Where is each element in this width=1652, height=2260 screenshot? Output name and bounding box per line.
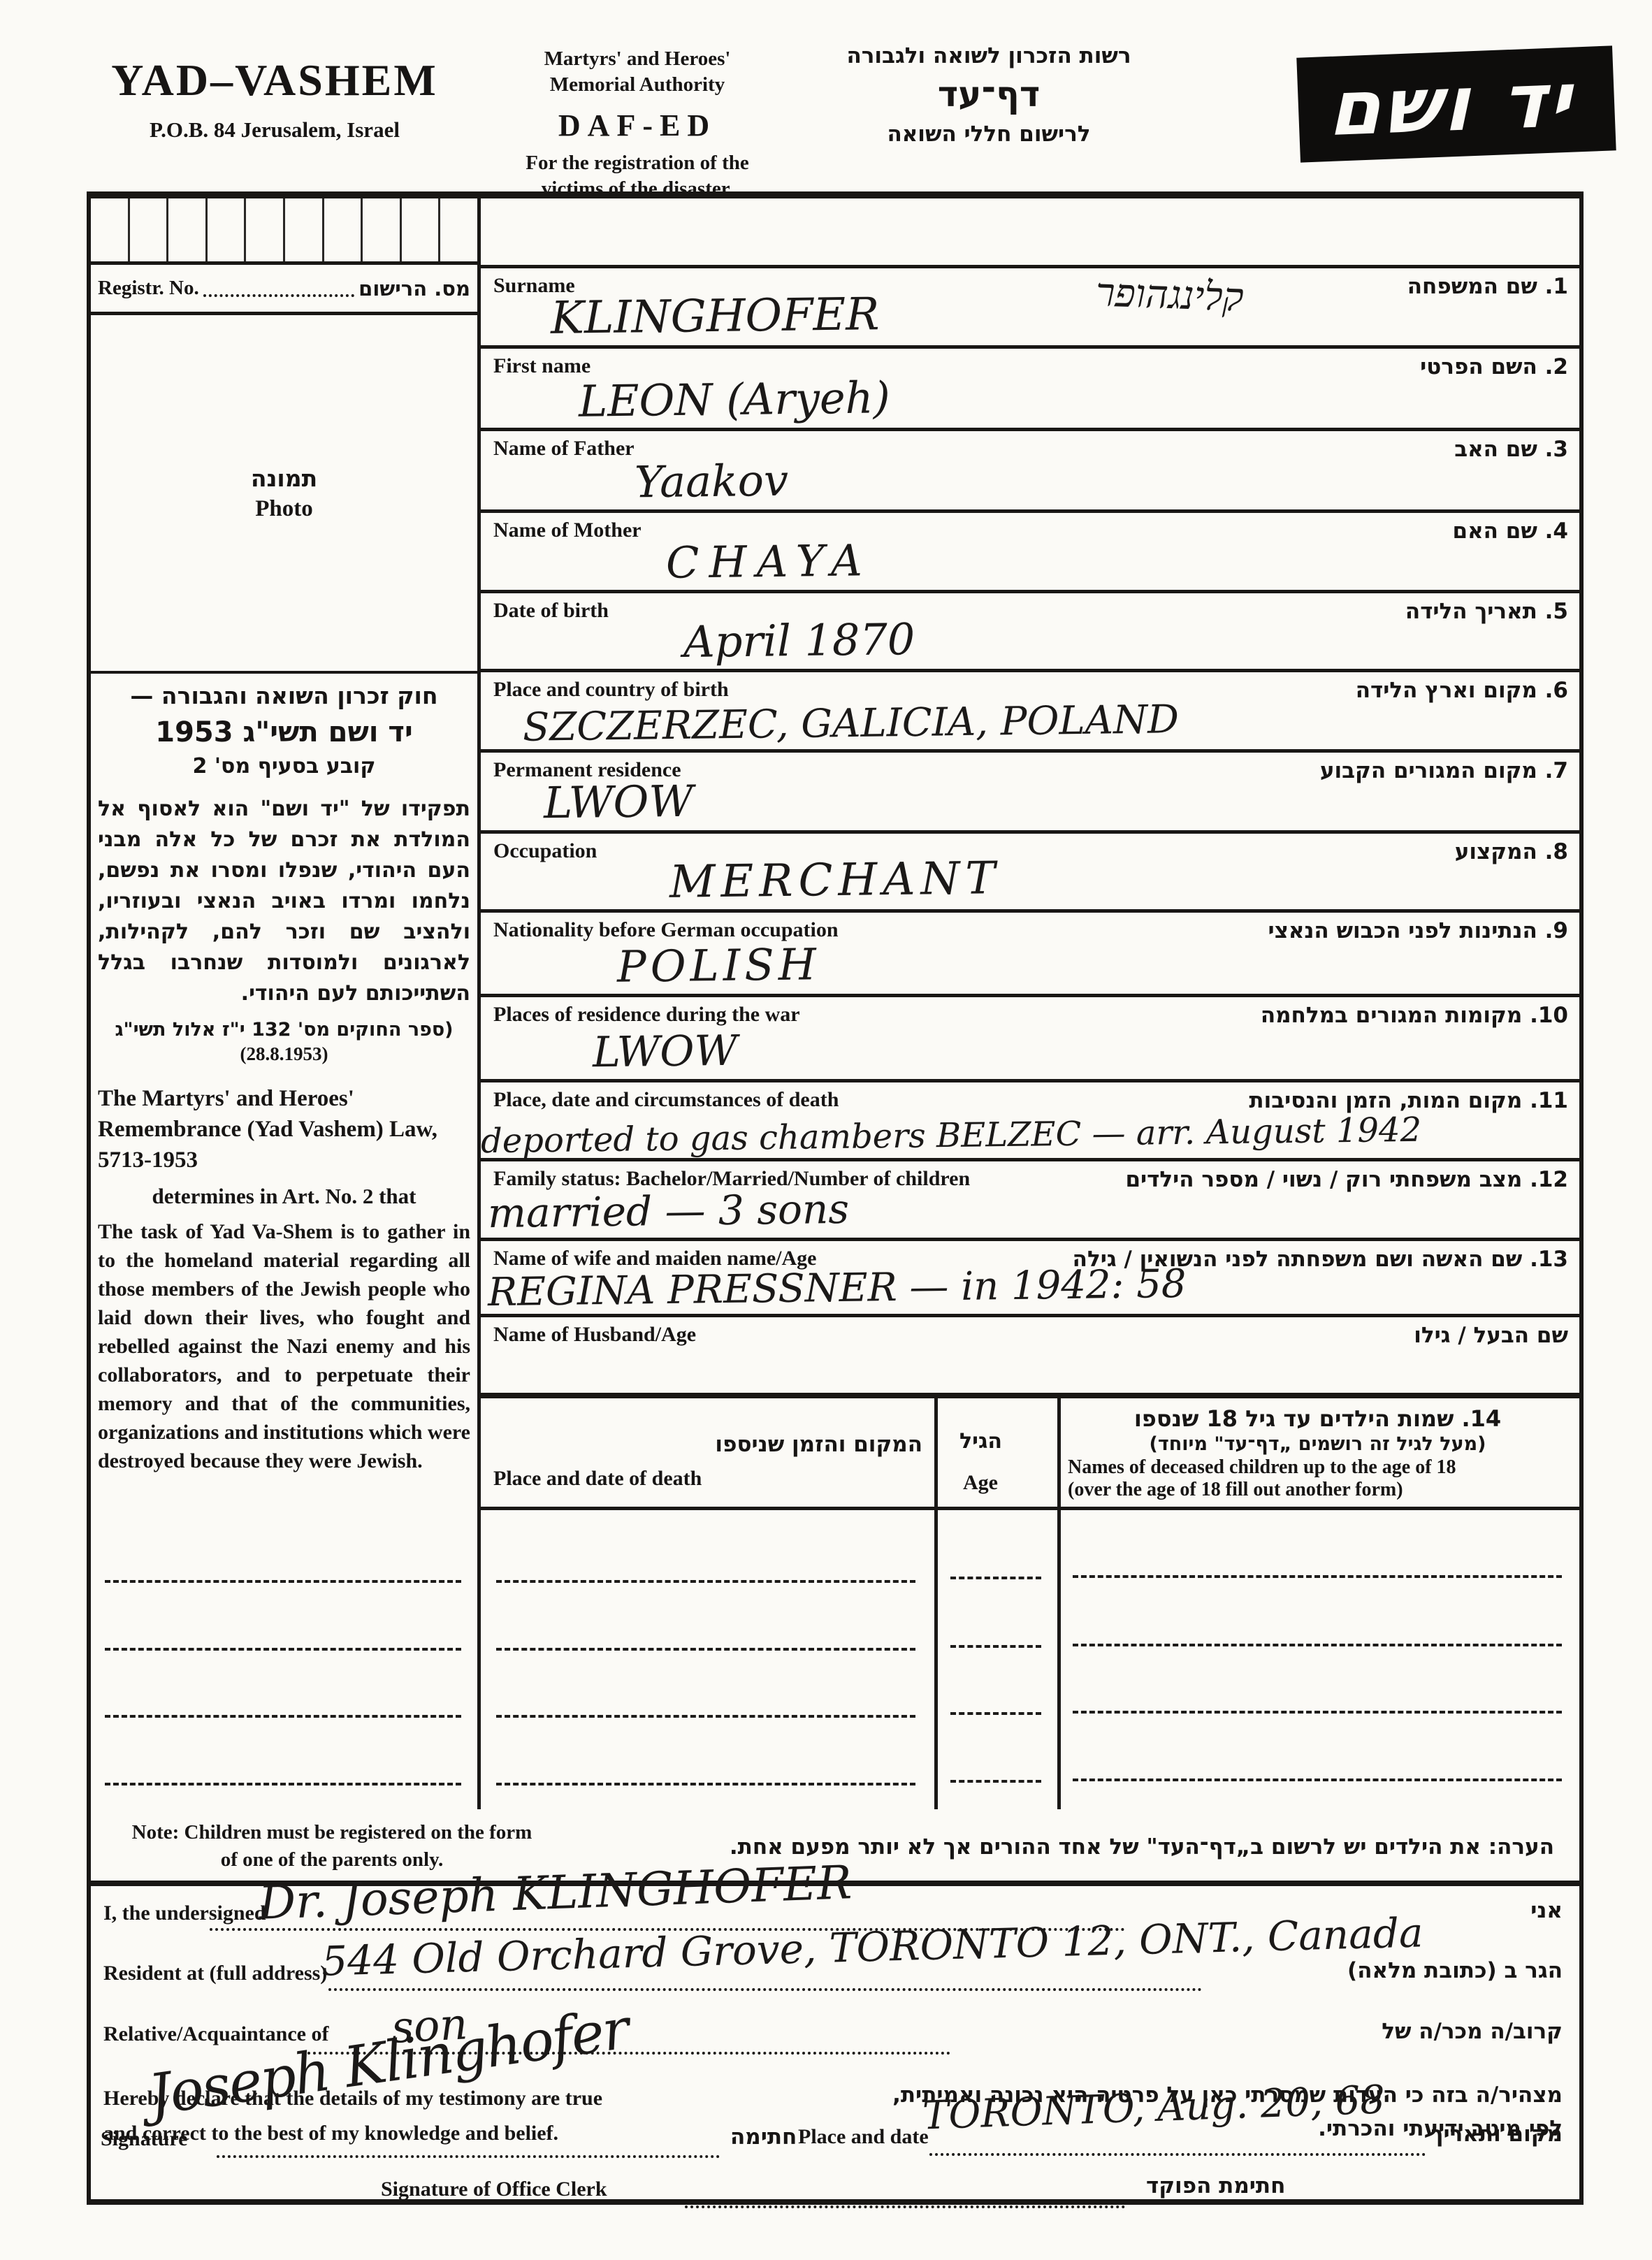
place-date-label-en: Place and date [798, 2125, 929, 2149]
child-row-blank [950, 1712, 1041, 1715]
law-reference-he: (ספר החוקים מס' 132 י"ז אלול תשי"ג [98, 1019, 470, 1041]
child-row-blank [496, 1783, 915, 1785]
law-paragraph-en: The task of Yad Va-Shem is to gather in … [98, 1217, 470, 1475]
place-of-birth-label-he: 6. מקום וארץ הלידה [1356, 678, 1568, 703]
registr-no-label-en: Registr. No. [98, 277, 199, 300]
date-of-birth-label-he: 5. תאריך הלידה [1405, 599, 1568, 624]
occupation-label-en: Occupation [493, 839, 597, 863]
org-name: YAD–VASHEM [89, 55, 460, 106]
yad-vashem-logo-text: יד ושם [1324, 55, 1588, 153]
daf-ed-testimony-page: YAD–VASHEM P.O.B. 84 Jerusalem, Israel M… [0, 0, 1652, 2260]
field-row-permanent-residence: Permanent residence 7. מקום המגורים הקבו… [481, 753, 1579, 834]
registr-no-blank [203, 276, 354, 297]
child-row-blank [1073, 1779, 1562, 1781]
relative-label-he: קרוב/ה מכר/ה של [1382, 2019, 1563, 2044]
authority-line2: Memorial Authority [463, 72, 812, 98]
mother-value: CHAYA [666, 535, 873, 588]
death-circumstances-label-en: Place, date and circumstances of death [493, 1088, 839, 1112]
field-row-family-status: Family status: Bachelor/Married/Number o… [481, 1161, 1579, 1241]
child-row-blank [1073, 1575, 1562, 1578]
date-of-birth-value: April 1870 [683, 614, 915, 667]
permanent-residence-label-he: 7. מקום המגורים הקבוע [1320, 758, 1568, 783]
war-residence-label-en: Places of residence during the war [493, 1003, 800, 1027]
hebrew-registration-line: לרישום חללי השואה [825, 122, 1153, 147]
father-label-en: Name of Father [493, 437, 635, 461]
law-determines-en: determines in Art. No. 2 that [98, 1184, 470, 1209]
father-value: Yaakov [635, 455, 789, 508]
sidebar-blank-line [105, 1580, 461, 1583]
husband-label-en: Name of Husband/Age [493, 1323, 696, 1347]
law-title-he3: קובע בסעיף מס' 2 [98, 754, 470, 778]
signature-label-en: Signature [101, 2127, 187, 2151]
husband-label-he: שם הבעל / גילו [1414, 1323, 1568, 1348]
war-residence-label-he: 10. מקומות המגורים במלחמה [1261, 1003, 1568, 1028]
field-row-surname: Surname 1. שם המשפחה KLINGHOFER קלינגהופ… [481, 265, 1579, 349]
children-table-header: המקום והזמן שניספו Place and date of dea… [481, 1398, 1579, 1510]
mother-label-he: 4. שם האם [1453, 519, 1568, 544]
children-title-en2: (over the age of 18 fill out another for… [1068, 1479, 1567, 1501]
place-of-birth-label-en: Place and country of birth [493, 678, 729, 702]
field-row-date-of-birth: Date of birth 5. תאריך הלידה April 1870 [481, 593, 1579, 672]
child-row-blank [1073, 1644, 1562, 1646]
org-block: YAD–VASHEM P.O.B. 84 Jerusalem, Israel [89, 55, 460, 143]
law-sidebar: חוק זכרון השואה והגבורה — יד ושם תשי"ג 1… [98, 682, 470, 1475]
registration-number-boxes [91, 198, 477, 265]
occupation-value: MERCHANT [669, 853, 1001, 908]
child-row-blank [496, 1648, 915, 1651]
law-title-en: The Martyrs' and Heroes' Remembrance (Ya… [98, 1083, 470, 1175]
children-title-en1: Names of deceased children up to the age… [1068, 1456, 1567, 1479]
father-label-he: 3. שם האב [1454, 437, 1568, 462]
photo-label-en: Photo [255, 496, 313, 522]
org-address: P.O.B. 84 Jerusalem, Israel [89, 117, 460, 143]
sidebar-blank-line [105, 1648, 461, 1651]
col-place-header-he: המקום והזמן שניספו [715, 1432, 922, 1457]
child-row-blank [950, 1577, 1041, 1579]
child-row-blank [950, 1780, 1041, 1783]
child-row-blank [950, 1645, 1041, 1648]
family-status-label-he: 12. מצב משפחתי רוק / נשוי / מספר הילדים [1125, 1167, 1568, 1192]
clerk-signature-label-en: Signature of Office Clerk [381, 2178, 607, 2201]
place-of-birth-value: SZCZERZEC, GALICIA, POLAND [523, 697, 1180, 750]
children-title-he2: (מעל לגיל זה רושמים „דף־עד" מיוחד) [1068, 1433, 1567, 1455]
sidebar-blank-line [105, 1715, 461, 1718]
field-row-wife: Name of wife and maiden name/Age 13. שם … [481, 1241, 1579, 1317]
death-circumstances-label-he: 11. מקום המות, הזמן והנסיבות [1249, 1088, 1568, 1113]
law-title-he2: יד ושם תשי"ג 1953 [98, 716, 470, 748]
hebrew-daf-ed-title: דף־עד [825, 74, 1153, 115]
first-name-label-he: 2. השם הפרטי [1420, 354, 1568, 379]
nationality-label-he: 9. הנתינות לפני הכבוש הנאצי [1268, 918, 1568, 943]
children-title-he1: 14. שמות הילדים עד גיל 18 שנספו [1068, 1405, 1567, 1432]
resident-label-en: Resident at (full address) [103, 1962, 327, 1985]
surname-value-hebrew: קלינגהופר [1095, 270, 1245, 320]
field-row-first-name: First name 2. השם הפרטי LEON (Aryeh) [481, 349, 1579, 431]
registration-line1: For the registration of the [463, 150, 812, 176]
form-frame: Registr. No. מס. הרישום תמונה Photo חוק … [87, 191, 1584, 2205]
place-date-label-he: מקום ותאריך [1431, 2122, 1563, 2147]
registr-no-label-he: מס. הרישום [358, 277, 470, 300]
child-row-blank [496, 1715, 915, 1718]
surname-value: KLINGHOFER [551, 289, 880, 345]
mother-label-en: Name of Mother [493, 519, 642, 542]
daf-ed-title: DAF-ED [463, 108, 812, 143]
undersigned-label-he: אני [1530, 1898, 1563, 1923]
field-row-place-of-birth: Place and country of birth 6. מקום וארץ … [481, 672, 1579, 753]
wife-value: REGINA PRESSNER — in 1942: 58 [488, 1261, 1187, 1315]
family-status-value: married — 3 sons [488, 1185, 850, 1237]
authority-block: Martyrs' and Heroes' Memorial Authority … [463, 46, 812, 202]
field-row-occupation: Occupation 8. המקצוע MERCHANT [481, 834, 1579, 913]
nationality-value: POLISH [617, 939, 821, 992]
hebrew-header-block: רשות הזכרון לשואה ולגבורה דף־עד לרישום ח… [825, 43, 1153, 147]
first-name-label-en: First name [493, 354, 590, 378]
field-row-nationality: Nationality before German occupation 9. … [481, 913, 1579, 997]
death-circumstances-value: deported to gas chambers BELZEC — arr. A… [481, 1110, 1422, 1161]
clerk-signature-blank [685, 2178, 1125, 2208]
note-text-en-line1: Note: Children must be registered on the… [105, 1819, 559, 1846]
resident-label-he: הגר ב (כתובת מלאה) [1347, 1958, 1563, 1983]
surname-label-he: 1. שם המשפחה [1407, 274, 1568, 299]
permanent-residence-value: LWOW [544, 776, 694, 829]
field-row-husband: Name of Husband/Age שם הבעל / גילו [481, 1317, 1579, 1398]
registr-no-row: Registr. No. מס. הרישום [91, 265, 477, 315]
field-row-mother: Name of Mother 4. שם האם CHAYA [481, 513, 1579, 593]
photo-box: תמונה Photo [91, 315, 477, 674]
signature-blank [217, 2127, 720, 2158]
yad-vashem-logo: יד ושם [1296, 45, 1616, 162]
first-name-value: LEON (Aryeh) [579, 372, 891, 426]
date-of-birth-label-en: Date of birth [493, 599, 609, 623]
photo-label-he: תמונה [251, 465, 317, 492]
field-row-war-residence: Places of residence during the war 10. מ… [481, 997, 1579, 1082]
col-age-header-he: הגיל [959, 1429, 1002, 1454]
field-row-death-circumstances: Place, date and circumstances of death 1… [481, 1082, 1579, 1161]
clerk-signature-label-he: חתימת הפוקד [1146, 2173, 1285, 2199]
signature-label-he: חתימה [730, 2124, 797, 2150]
col-place-header-en: Place and date of death [493, 1467, 702, 1491]
child-row-blank [496, 1580, 915, 1583]
law-reference-date: (28.8.1953) [98, 1043, 470, 1065]
war-residence-value: LWOW [593, 1027, 738, 1078]
col-age-header-en: Age [963, 1471, 998, 1495]
occupation-label-he: 8. המקצוע [1455, 839, 1568, 864]
field-row-father: Name of Father 3. שם האב Yaakov [481, 431, 1579, 513]
law-title-he1: חוק זכרון השואה והגבורה — [98, 682, 470, 709]
child-row-blank [1073, 1711, 1562, 1714]
sidebar-blank-line [105, 1783, 461, 1785]
note-text-he: הערה: את הילדים יש לרשום ב„דף־העד" של אח… [730, 1834, 1554, 1860]
law-paragraph-he: תפקידו של "יד ושם" הוא לאסוף אל המולדת א… [98, 794, 470, 1009]
hebrew-authority-line: רשות הזכרון לשואה ולגבורה [825, 43, 1153, 68]
authority-line1: Martyrs' and Heroes' [463, 46, 812, 72]
